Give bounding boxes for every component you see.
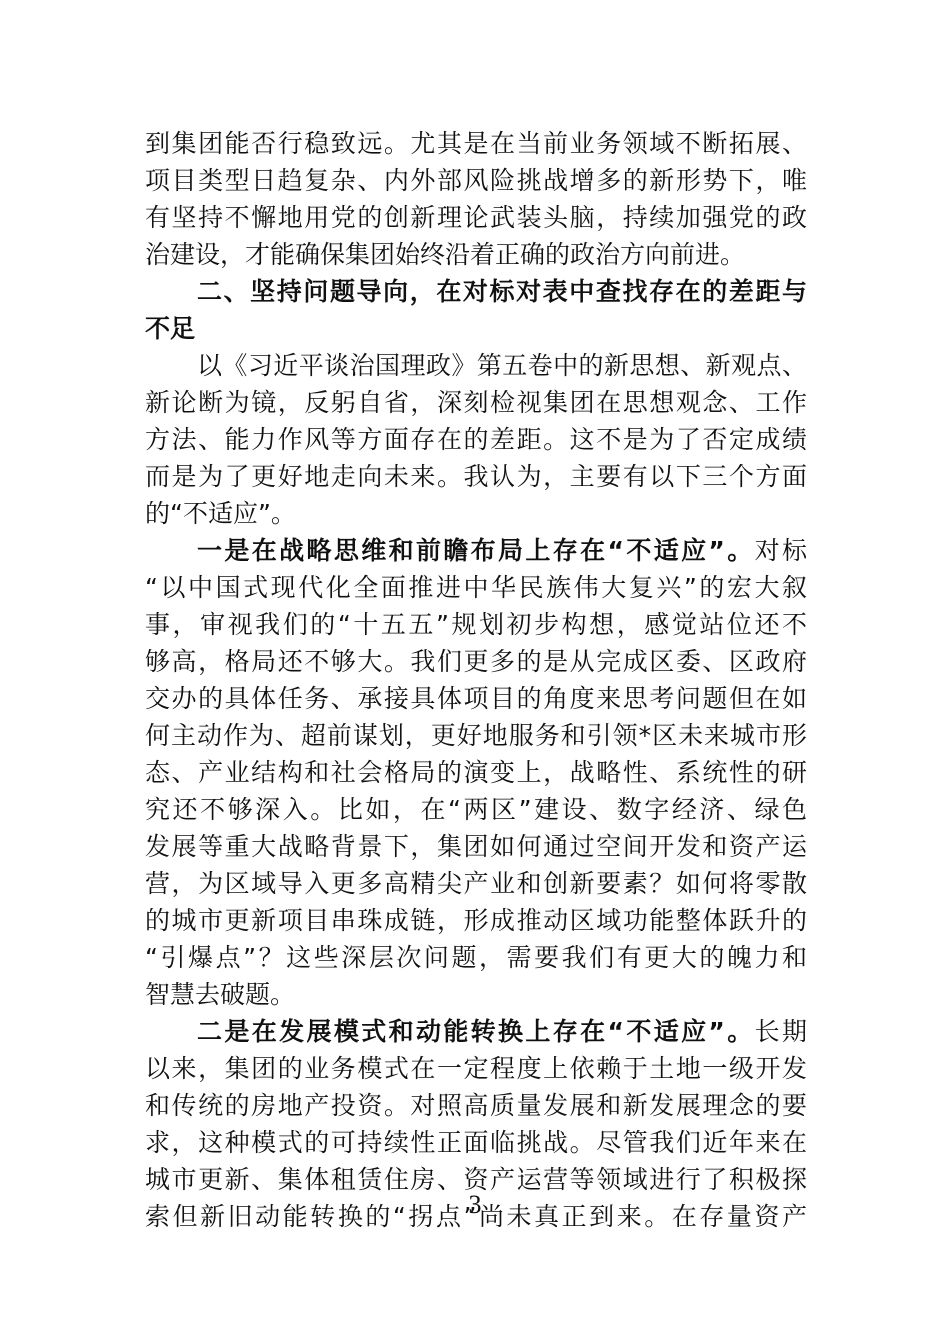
text-line: 和传统的房地产投资。对照高质量发展和新发展理念的要: [145, 1089, 807, 1123]
text-line: 的“不适应”。: [145, 497, 807, 531]
text-line: 态、产业结构和社会格局的演变上，战略性、系统性的研: [145, 756, 807, 790]
text-line: 事，审视我们的“十五五”规划初步构想，感觉站位还不: [145, 608, 807, 642]
text-line: 治建设，才能确保集团始终沿着正确的政治方向前进。: [145, 238, 807, 272]
text-line: 新论断为镜，反躬自省，深刻检视集团在思想观念、工作: [145, 386, 807, 420]
text-line: 智慧去破题。: [145, 978, 807, 1012]
page-number: 3: [0, 1190, 950, 1220]
text-line: 的城市更新项目串珠成链，形成推动区域功能整体跃升的: [145, 904, 807, 938]
text-line: 以来，集团的业务模式在一定程度上依赖于土地一级开发: [145, 1052, 807, 1086]
text-line: “以中国式现代化全面推进中华民族伟大复兴”的宏大叙: [145, 571, 807, 605]
section-heading: 二、坚持问题导向，在对标对表中查找存在的差距与: [197, 275, 807, 309]
text-line-with-lead: 二是在发展模式和动能转换上存在“不适应”。长期: [197, 1015, 807, 1049]
text-line: 求，这种模式的可持续性正面临挑战。尽管我们近年来在: [145, 1126, 807, 1160]
text-fragment: 对标: [755, 536, 807, 565]
paragraph-lead: 一是在战略思维和前瞻布局上存在“不适应”。: [197, 536, 755, 565]
text-line: 够高，格局还不够大。我们更多的是从完成区委、区政府: [145, 645, 807, 679]
document-page: 到集团能否行稳致远。尤其是在当前业务领域不断拓展、 项目类型日趋复杂、内外部风险…: [0, 0, 950, 1344]
text-line: 有坚持不懈地用党的创新理论武装头脑，持续加强党的政: [145, 201, 807, 235]
text-line-with-lead: 一是在战略思维和前瞻布局上存在“不适应”。对标: [197, 534, 807, 568]
text-line: 而是为了更好地走向未来。我认为，主要有以下三个方面: [145, 460, 807, 494]
text-line: 发展等重大战略背景下，集团如何通过空间开发和资产运: [145, 830, 807, 864]
section-heading: 不足: [145, 312, 807, 346]
text-line: “引爆点”？这些深层次问题，需要我们有更大的魄力和: [145, 941, 807, 975]
text-line: 何主动作为、超前谋划，更好地服务和引领*区未来城市形: [145, 719, 807, 753]
text-line: 方法、能力作风等方面存在的差距。这不是为了否定成绩: [145, 423, 807, 457]
text-line: 交办的具体任务、承接具体项目的角度来思考问题但在如: [145, 682, 807, 716]
text-fragment: 长期: [755, 1017, 807, 1046]
text-line: 营，为区域导入更多高精尖产业和创新要素？如何将零散: [145, 867, 807, 901]
text-line: 到集团能否行稳致远。尤其是在当前业务领域不断拓展、: [145, 127, 807, 161]
text-line: 以《习近平谈治国理政》第五卷中的新思想、新观点、: [197, 349, 807, 383]
paragraph-lead: 二是在发展模式和动能转换上存在“不适应”。: [197, 1017, 755, 1046]
text-line: 究还不够深入。比如，在“两区”建设、数字经济、绿色: [145, 793, 807, 827]
text-line: 项目类型日趋复杂、内外部风险挑战增多的新形势下，唯: [145, 164, 807, 198]
